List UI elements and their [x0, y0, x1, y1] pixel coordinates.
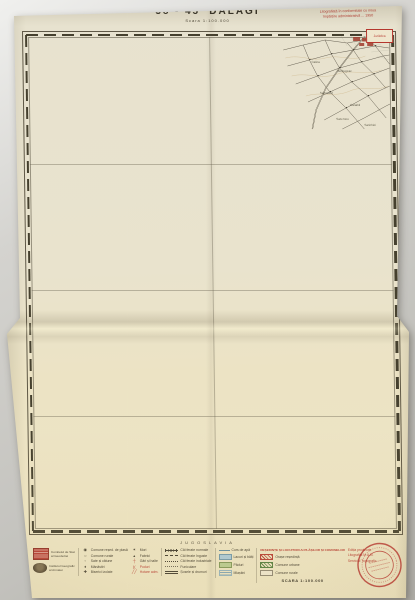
topo-detail-corner: Satu Nou Caraibil Sarinasuf Beibugeac Ca… [281, 36, 392, 130]
legend-item: ♦Mânăstiri [82, 565, 128, 569]
railway-line-icon [165, 549, 178, 552]
neighbour-country-label: JUGOSLAVIA [0, 540, 415, 545]
legend-item: Funiculare [165, 565, 211, 569]
narrow-railway-line-icon [165, 555, 178, 556]
military-institute-emblem-icon [33, 563, 47, 573]
place-label: Satu Nou [336, 117, 349, 121]
legend-misc: ✶Mori ▴Fabrici ┼Gări și halte )(Poduri ╱… [131, 548, 159, 576]
neatline-graduation-bottom [33, 530, 399, 532]
urban-commune-swatch-icon [260, 562, 273, 569]
legend-item: Păduri [219, 562, 254, 569]
legend-item: ┼Gări și halte [131, 559, 159, 563]
legend-item: ◉Comune reșed. de plasă [82, 548, 128, 552]
residences-header: REȘEDINȚE ȘI LOCUITORI AI PLĂȘILOR ȘI CO… [260, 548, 345, 552]
locality-symbol-icon: ▫ [82, 559, 89, 563]
station-symbol-icon: ┼ [131, 559, 138, 563]
emblem-row: Institutul Geografic al Armatei [33, 563, 75, 573]
road-line-icon [165, 571, 178, 574]
photo-of-map-sheet: 38′- 45′ DALAGI Scara 1:100.000 Litograf… [0, 0, 415, 600]
legend-item: Comune rurale [260, 570, 345, 577]
adjacent-sheet-label: Jurilofca [366, 29, 393, 43]
legend-item: ▴Fabrici [131, 554, 159, 558]
map-neatline-frame: Satu Nou Caraibil Sarinasuf Beibugeac Ca… [22, 31, 403, 535]
legend-item: Comune urbane [260, 562, 345, 569]
paper-wrap: 38′- 45′ DALAGI Scara 1:100.000 Litograf… [0, 0, 415, 600]
funicular-line-icon [165, 566, 178, 567]
legend-strip: Comitetul de Stat al Geodeziei Institutu… [33, 548, 402, 594]
factory-symbol-icon: ▴ [131, 554, 138, 558]
emblem-caption-line2: al Armatei [49, 568, 75, 572]
legend-emblems: Comitetul de Stat al Geodeziei Institutu… [33, 548, 75, 576]
legend-hydro-vegetation: Curs de apă Lacuri și bălți Păduri Mlașt… [215, 548, 254, 578]
marsh-swatch-icon [219, 570, 232, 577]
watercourse-swatch-icon [219, 549, 230, 552]
legend-item: Lacuri și bălți [219, 554, 254, 561]
legend-item: Orașe reședință [260, 554, 345, 561]
locality-symbol-icon: ○ [82, 554, 89, 558]
locality-symbol-icon: ♦ [82, 565, 89, 569]
legend-item: Căi ferate industriale [165, 559, 211, 563]
legend-residences: REȘEDINȚE ȘI LOCUITORI AI PLĂȘILOR ȘI CO… [256, 548, 345, 583]
emblem-caption-line2: al Geodeziei [51, 554, 75, 558]
legend-item: ✶Mori [131, 548, 159, 552]
legend-item: ▫Sate și cătune [82, 559, 128, 563]
legend-item: ✚Biserici izolate [82, 570, 128, 574]
map-grid-horizontal-2 [32, 290, 394, 291]
road-network [283, 39, 390, 129]
emblem-row: Comitetul de Stat al Geodeziei [33, 548, 75, 560]
forest-swatch-icon [219, 562, 232, 569]
industrial-railway-line-icon [165, 561, 178, 562]
legend-item: ○Comune rurale [82, 554, 128, 558]
boundary-symbol-icon: ╱╱ [131, 570, 138, 574]
town-residence-swatch-icon [260, 554, 273, 561]
main-road-fill [311, 36, 366, 129]
state-coat-of-arms-red-icon [33, 548, 49, 560]
legend-item: Șosele și drumuri [165, 570, 211, 574]
emblem-caption: Comitetul de Stat al Geodeziei [51, 550, 75, 558]
lake-swatch-icon [219, 554, 232, 561]
legend-localities: ◉Comune reșed. de plasă ○Comune rurale ▫… [78, 548, 128, 576]
legend-lines: Căi ferate normale Căi ferate înguste Că… [161, 548, 211, 576]
legend-item: Căi ferate înguste [165, 554, 211, 558]
map-grid-horizontal-3 [33, 416, 395, 417]
emblem-caption: Institutul Geografic al Armatei [49, 564, 75, 572]
main-road-outline [311, 36, 366, 129]
legend-item: ╱╱Hotare adm. [131, 570, 159, 574]
bridge-symbol-icon: )( [131, 565, 138, 569]
map-grid-horizontal-1 [30, 164, 392, 165]
place-label: Beibugeac [338, 69, 353, 73]
legend-item: )(Poduri [131, 565, 159, 569]
place-label: Sarinasuf [320, 91, 333, 95]
place-label: Caraibil [350, 103, 361, 107]
map-sheet-paper: 38′- 45′ DALAGI Scara 1:100.000 Litograf… [0, 0, 415, 600]
scale-label: SCARA 1:100.000 [260, 578, 345, 583]
place-label: Sarichioi [364, 123, 376, 127]
mill-symbol-icon: ✶ [131, 548, 138, 552]
locality-symbol-icon: ◉ [82, 548, 89, 552]
locality-symbol-icon: ✚ [82, 570, 89, 574]
legend-item: Mlaștini [219, 570, 254, 577]
legend-item: Curs de apă [219, 548, 254, 552]
rural-commune-swatch-icon [260, 570, 273, 577]
contour-lines [285, 56, 388, 96]
legend-item: Căi ferate normale [165, 548, 211, 552]
stamp-text-lines [368, 558, 392, 571]
place-label: Calica [311, 60, 320, 64]
